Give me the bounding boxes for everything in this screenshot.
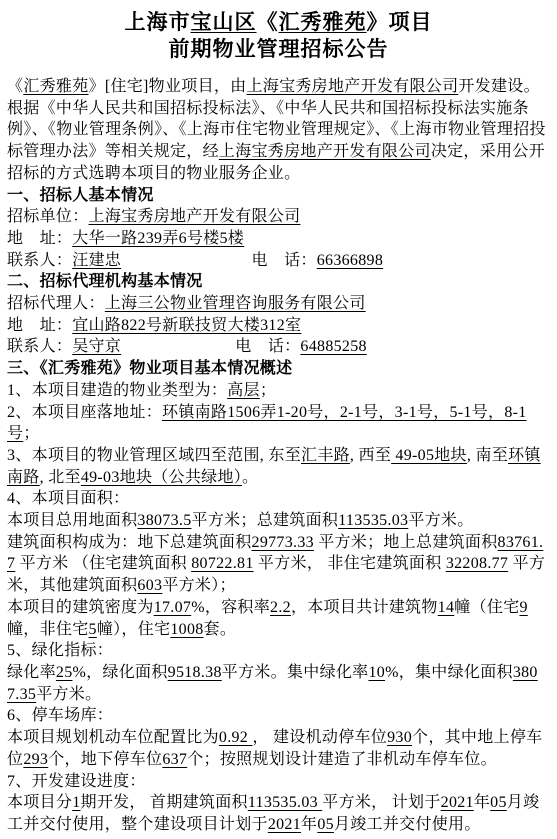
text-segment: 年 [474,794,490,811]
text-segment: 三、《汇秀雅苑》物业项目基本情况概述 [7,360,292,377]
underlined-text: 80722.81 [191,555,253,572]
text-segment: 平方米， 计划于 [322,794,440,811]
underlined-text: 上海宝秀房地产开发有限公司 [219,143,431,160]
paragraph: 6、停车场库： [7,705,550,727]
underlined-text: 高层 [227,382,260,399]
underlined-text: 32208.77 [446,555,508,572]
underlined-text: 05 [490,794,507,811]
text-segment: 平方米， 非住宅建筑面积 [254,555,446,572]
text-segment: 个，地下停车位 [48,751,162,768]
text-segment: 联系人： [7,252,72,269]
text-segment [121,252,251,269]
text-segment: 地 址： [7,317,72,334]
text-segment: , 西至 [350,447,391,464]
underlined-text: 汇秀雅苑 [23,78,88,95]
text-segment: 7、开发建设进度： [7,773,146,790]
text-segment: 5、绿化指标： [7,642,113,659]
underlined-text: 05 [317,816,334,833]
text-segment: 《 [7,78,23,95]
underlined-text: 113535.03 [248,794,322,811]
underlined-text: 大华一路239弄6号楼5楼 [72,230,244,247]
text-segment: %，容积率 [191,599,270,616]
text-segment: 上海市 [125,10,191,34]
underlined-text: 1008 [170,621,203,638]
text-segment: 个；按照规划设计建造了非机动车停车位。 [187,751,497,768]
underlined-text: 930 [387,729,412,746]
text-segment: 套。 [204,621,237,638]
underlined-text: 113535.03 [338,512,408,529]
paragraph: 地 址：大华一路239弄6号楼5楼 [7,228,550,250]
text-segment: 本项目分 [7,794,72,811]
underlined-text: 637 [162,751,187,768]
underlined-text: 1 [72,794,80,811]
underlined-text: 汪建忠 [72,252,121,269]
text-segment: 二、招标代理机构基本情况 [7,273,203,290]
text-segment: 幢），住宅 [97,621,171,638]
text-segment: 前期物业管理招标公告 [169,37,389,61]
text-segment: 联系人： [7,338,72,355]
text-segment: 建筑面积构成为：地下总建筑面积 [7,534,252,551]
underlined-text: 2.2 [270,599,291,616]
text-segment: 》项目 [367,10,433,34]
paragraph: 联系人：吴守京 电 话：64885258 [7,336,550,358]
paragraph: 联系人：汪建忠 电 话：66366898 [7,250,550,272]
underlined-text: 宝山区 [191,10,257,34]
underlined-text: 17.07 [154,599,192,616]
underlined-text: 上海宝秀房地产开发有限公司 [246,78,458,95]
document-title-line: 上海市宝山区《汇秀雅苑》项目 [7,9,550,36]
underlined-text: 5 [89,621,97,638]
text-segment: 地 址： [7,230,72,247]
text-segment: 本项目规划机动车位配置比为 [7,729,219,746]
text-segment: 期开发， 首期建筑面积 [81,794,248,811]
text-segment: 平方米）； [162,577,236,594]
underlined-text: 603 [137,577,162,594]
text-segment: 平方米；总建筑面积 [192,512,339,529]
paragraph: 本项目的建筑密度为17.07%，容积率2.2，本项目共计建筑物14幢（住宅9幢，… [7,597,550,640]
text-segment: ； [260,382,276,399]
text-segment: 招标代理人： [7,295,105,312]
paragraph: 1、本项目建造的物业类型为：高层； [7,380,550,402]
underlined-text: 14 [438,599,455,616]
text-segment: 年 [301,816,317,833]
text-segment: %，绿化面积 [73,664,168,681]
section-heading: 一、招标人基本情况 [7,185,550,207]
paragraph: 7、开发建设进度： [7,771,550,793]
paragraph: 2、本项目座落地址：环镇南路1506弄1-20号，2-1号，3-1号，5-1号，… [7,402,550,445]
text-segment: 本项目总用地面积 [7,512,137,529]
underlined-text: 66366898 [317,252,383,269]
paragraph: 地 址：宜山路822号新联技贸大楼312室 [7,315,550,337]
underlined-text: 上海三公物业管理咨询服务有限公司 [105,295,366,312]
text-segment: 平方米 （住宅建筑面积 [15,555,191,572]
text-segment: 电 话： [252,252,317,269]
underlined-text: 汇秀雅苑 [279,10,367,34]
document-title-line: 前期物业管理招标公告 [7,36,550,63]
paragraph: 绿化率25%，绿化面积9518.38平方米。集中绿化率10%，集中绿化面积380… [7,662,550,705]
text-segment: %，集中绿化面积 [385,664,513,681]
text-segment: 6、停车场库： [7,707,113,724]
text-segment: 3、本项目的物业管理区域四至范围, 东至 [7,447,301,464]
text-segment: 《 [257,10,279,34]
text-segment: 平方米；地上总建筑面积 [314,534,498,551]
text-segment: 本项目的建筑密度为 [7,599,154,616]
underlined-text: 9 [519,599,527,616]
underlined-text: 29773.33 [252,534,314,551]
text-segment: 1、本项目建造的物业类型为： [7,382,227,399]
underlined-text: 38073.5 [137,512,191,529]
underlined-text: 64885258 [300,338,366,355]
underlined-text: 汇丰路 [301,447,350,464]
underlined-text: 293 [23,751,48,768]
document-page: 上海市宝山区《汇秀雅苑》项目前期物业管理招标公告 《汇秀雅苑》[住宅]物业项目，… [0,0,557,839]
underlined-text: 25 [56,664,73,681]
document-title: 上海市宝山区《汇秀雅苑》项目前期物业管理招标公告 [7,9,550,63]
text-segment: 平方米。集中绿化率 [222,664,369,681]
paragraph: 本项目总用地面积38073.5平方米；总建筑面积113535.03平方米。 [7,510,550,532]
paragraph: 招标单位：上海宝秀房地产开发有限公司 [7,206,550,228]
underlined-text: 宜山路822号新联技贸大楼312室 [72,317,301,334]
underlined-text: 10 [368,664,385,681]
paragraph: 建筑面积构成为：地下总建筑面积29773.33 平方米；地上总建筑面积83761… [7,532,550,597]
text-segment: ，本项目共计建筑物 [291,599,438,616]
paragraph: 《汇秀雅苑》[住宅]物业项目，由上海宝秀房地产开发有限公司开发建设。根据《中华人… [7,76,550,185]
section-heading: 三、《汇秀雅苑》物业项目基本情况概述 [7,358,550,380]
underlined-text: 上海宝秀房地产开发有限公司 [89,208,301,225]
underlined-text: 49-03地块（公共绿地） [81,469,242,486]
text-segment: , 南至 [467,447,508,464]
text-segment: ， 建设机动停车位 [252,729,387,746]
underlined-text: 2021 [268,816,301,833]
text-segment: 月竣工并交付使用。 [334,816,481,833]
text-segment: , 北至 [40,469,81,486]
text-segment: 绿化率 [7,664,56,681]
paragraph: 本项目分1期开发， 首期建筑面积113535.03 平方米， 计划于2021年0… [7,792,550,835]
text-segment: 一、招标人基本情况 [7,187,154,204]
text-segment: ； [23,425,39,442]
underlined-text: 0.92 [219,729,253,746]
text-segment: 。 [242,469,258,486]
text-segment: 电 话： [235,338,300,355]
text-segment [121,338,235,355]
text-segment: 平方米。 [408,512,473,529]
underlined-text: 2021 [441,794,474,811]
paragraph: 招标代理人：上海三公物业管理咨询服务有限公司 [7,293,550,315]
text-segment: 幢（住宅 [454,599,519,616]
paragraph: 3、本项目的物业管理区域四至范围, 东至汇丰路, 西至 49-05地块, 南至环… [7,445,550,488]
text-segment: 4、本项目面积： [7,490,129,507]
text-segment: 》[住宅]物业项目，由 [89,78,247,95]
paragraph: 5、绿化指标： [7,640,550,662]
text-segment: 2、本项目座落地址： [7,404,162,421]
text-segment: 平方米。 [36,686,101,703]
paragraph: 4、本项目面积： [7,488,550,510]
underlined-text: 吴守京 [72,338,121,355]
text-segment: 幢，非住宅 [7,621,89,638]
document-body: 《汇秀雅苑》[住宅]物业项目，由上海宝秀房地产开发有限公司开发建设。根据《中华人… [7,76,550,836]
text-segment: 招标单位： [7,208,89,225]
section-heading: 二、招标代理机构基本情况 [7,271,550,293]
underlined-text: 49-05地块 [391,447,467,464]
underlined-text: 9518.38 [168,664,222,681]
paragraph: 本项目规划机动车位配置比为0.92 ， 建设机动停车位930个，其中地上停车位2… [7,727,550,770]
